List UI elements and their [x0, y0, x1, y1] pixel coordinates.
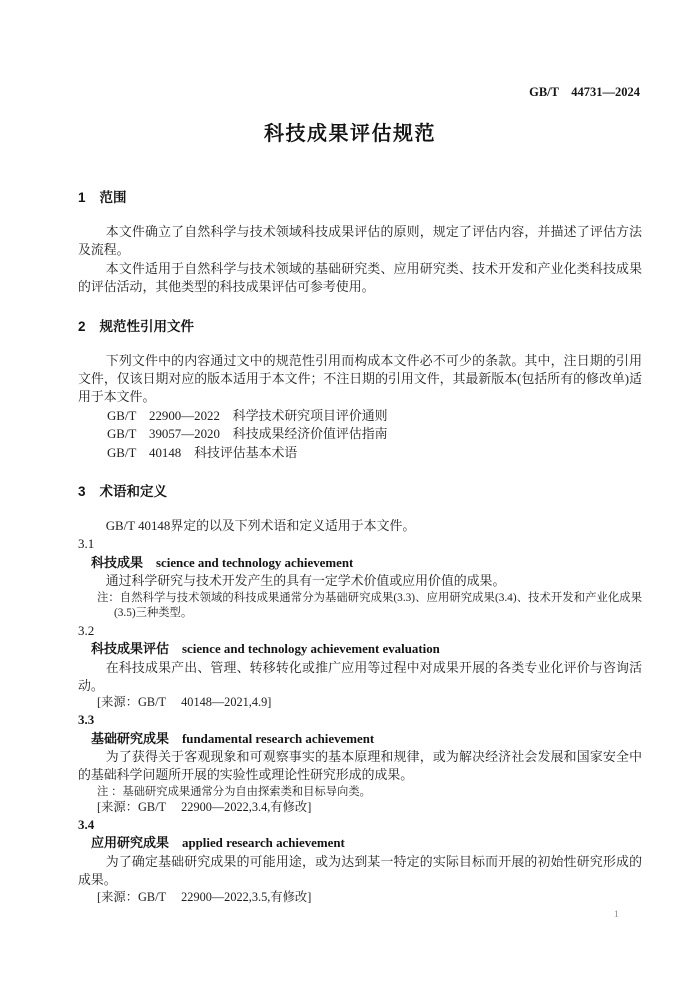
- page-number: 1: [614, 910, 619, 920]
- term-entry-3-4: 3.4 应用研究成果applied research achievement 为…: [78, 816, 642, 905]
- term-number: 3.4: [78, 816, 642, 834]
- term-heading: 应用研究成果applied research achievement: [78, 834, 642, 852]
- reference-item: GB/T 39057—2020 科技成果经济价值评估指南: [78, 425, 642, 443]
- term-note: 注：自然科学与技术领域的科技成果通常分为基础研究成果(3.3)、应用研究成果(3…: [78, 591, 642, 622]
- term-number: 3.1: [78, 535, 642, 553]
- document-title: 科技成果评估规范: [0, 117, 700, 146]
- standard-number: GB/T 44731—2024: [529, 85, 640, 99]
- clause-number: 2: [78, 319, 86, 334]
- clause-number: 1: [78, 190, 86, 205]
- term-heading: 科技成果评估science and technology achievement…: [78, 640, 642, 658]
- reference-item: GB/T 40148 科技评估基本术语: [78, 444, 642, 462]
- term-source: [来源：GB/T 40148—2021,4.9]: [78, 695, 642, 711]
- terms-intro-paragraph: GB/T 40148界定的以及下列术语和定义适用于本文件。: [78, 517, 642, 535]
- term-english: science and technology achievement: [156, 556, 353, 570]
- term-english: fundamental research achievement: [182, 732, 374, 746]
- term-entry-3-3: 3.3 基础研究成果fundamental research achieveme…: [78, 711, 642, 816]
- term-entry-3-1: 3.1 科技成果science and technology achieveme…: [78, 535, 642, 621]
- term-definition: 通过科学研究与技术开发产生的具有一定学术价值或应用价值的成果。: [78, 572, 642, 590]
- clause-title: 规范性引用文件: [100, 319, 195, 334]
- term-number: 3.3: [78, 711, 642, 729]
- standard-number-header: GB/T 44731—2024: [0, 82, 640, 100]
- section-normative-references: 2规范性引用文件 下列文件中的内容通过文中的规范性引用而构成本文件必不可少的条款…: [78, 318, 642, 462]
- clause-title: 范围: [100, 190, 127, 205]
- term-source: [来源：GB/T 22900—2022,3.5,有修改]: [78, 890, 642, 906]
- term-definition: 为了获得关于客观现象和可观察事实的基本原理和规律，或为解决经济社会发展和国家安全…: [78, 748, 642, 785]
- clause-title: 术语和定义: [100, 484, 168, 499]
- term-definition: 在科技成果产出、管理、转移转化或推广应用等过程中对成果开展的各类专业化评价与咨询…: [78, 659, 642, 696]
- document-page: GB/T 44731—2024 科技成果评估规范 1范围 本文件确立了自然科学与…: [0, 0, 700, 987]
- section-terms-and-definitions: 3术语和定义 GB/T 40148界定的以及下列术语和定义适用于本文件。 3.1…: [78, 483, 642, 905]
- clause-number: 3: [78, 484, 86, 499]
- term-definition: 为了确定基础研究成果的可能用途，或为达到某一特定的实际目标而开展的初始性研究形成…: [78, 853, 642, 890]
- term-english: applied research achievement: [182, 836, 345, 850]
- term-number: 3.2: [78, 622, 642, 640]
- term-chinese: 基础研究成果: [91, 731, 169, 746]
- scope-paragraph-2: 本文件适用于自然科学与技术领域的基础研究类、应用研究类、技术开发和产业化类科技成…: [78, 260, 642, 297]
- term-chinese: 科技成果评估: [91, 641, 169, 656]
- clause-heading-scope: 1范围: [78, 189, 642, 207]
- document-content: 1范围 本文件确立了自然科学与技术领域科技成果评估的原则，规定了评估内容，并描述…: [78, 189, 642, 905]
- reference-item: GB/T 22900—2022 科学技术研究项目评价通则: [78, 407, 642, 425]
- term-chinese: 应用研究成果: [91, 835, 169, 850]
- clause-heading-terms: 3术语和定义: [78, 483, 642, 501]
- term-entry-3-2: 3.2 科技成果评估science and technology achieve…: [78, 622, 642, 711]
- scope-paragraph-1: 本文件确立了自然科学与技术领域科技成果评估的原则，规定了评估内容，并描述了评估方…: [78, 223, 642, 260]
- section-scope: 1范围 本文件确立了自然科学与技术领域科技成果评估的原则，规定了评估内容，并描述…: [78, 189, 642, 297]
- term-note: 注 ：基础研究成果通常分为自由探索类和目标导向类。: [78, 785, 642, 801]
- term-heading: 基础研究成果fundamental research achievement: [78, 730, 642, 748]
- term-source: [来源：GB/T 22900—2022,3.4,有修改]: [78, 800, 642, 816]
- term-heading: 科技成果science and technology achievement: [78, 554, 642, 572]
- term-english: science and technology achievement evalu…: [182, 642, 440, 656]
- clause-heading-normative-references: 2规范性引用文件: [78, 318, 642, 336]
- references-intro-paragraph: 下列文件中的内容通过文中的规范性引用而构成本文件必不可少的条款。其中，注日期的引…: [78, 352, 642, 407]
- term-chinese: 科技成果: [91, 555, 143, 570]
